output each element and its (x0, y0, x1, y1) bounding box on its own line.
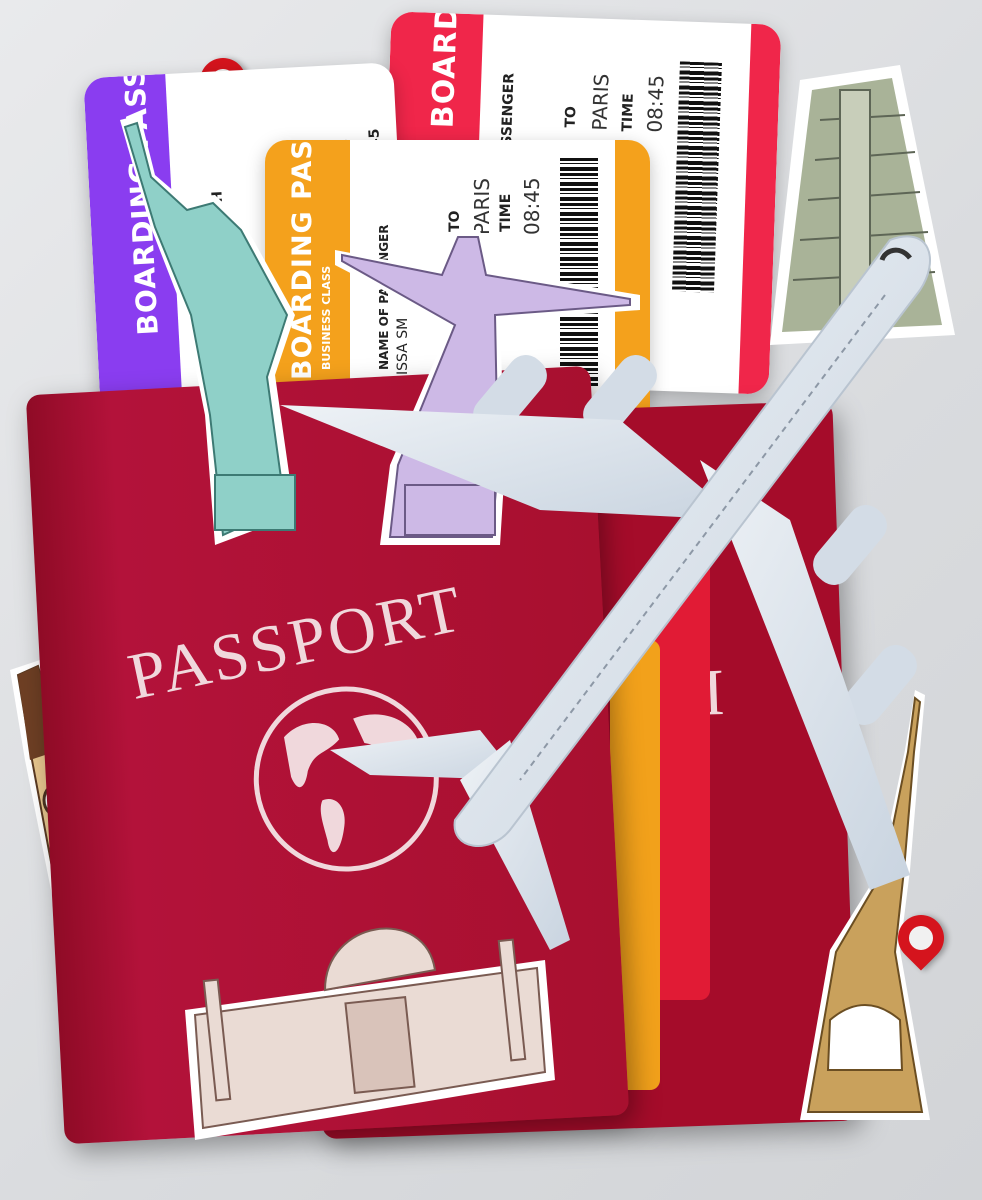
airplane-icon (270, 220, 950, 950)
to-label: TO (563, 106, 580, 128)
time-label: TIME (620, 93, 637, 132)
taj-mahal-icon (185, 900, 555, 1140)
time-value: 08:45 (643, 75, 669, 133)
to-value: PARIS (588, 73, 614, 131)
